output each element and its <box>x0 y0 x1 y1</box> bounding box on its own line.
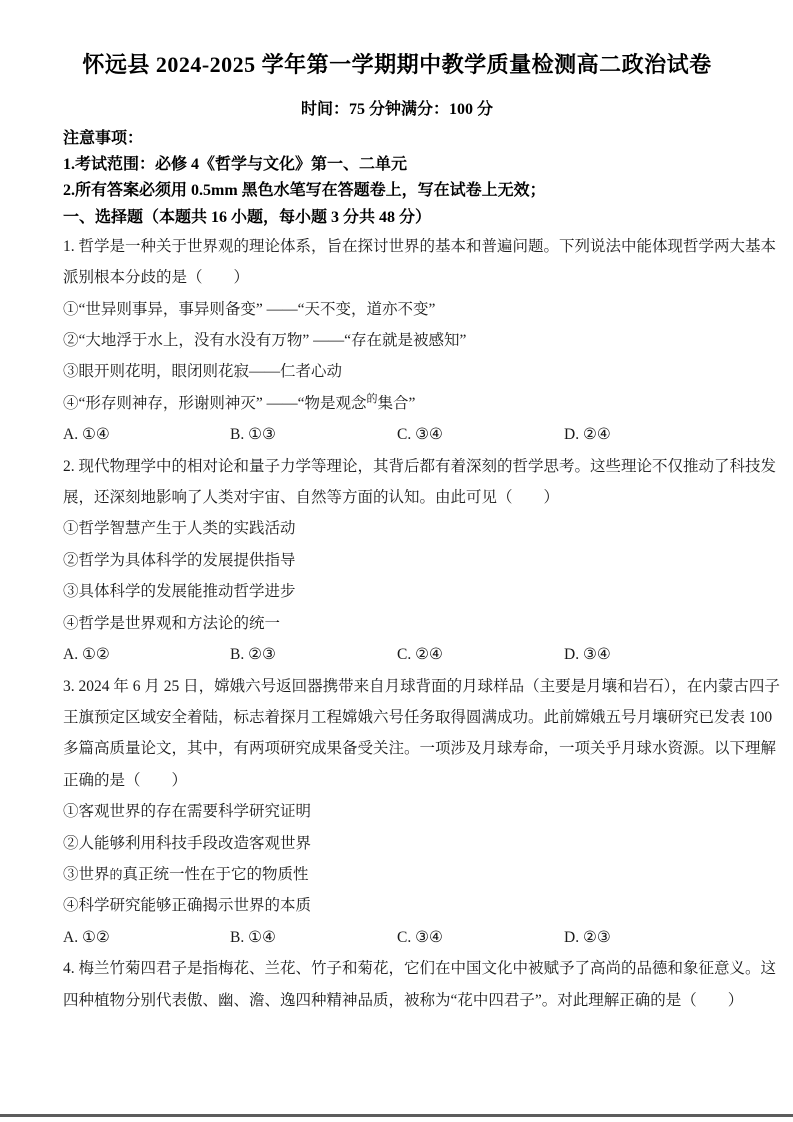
exam-paper-page: 怀远县 2024-2025 学年第一学期期中教学质量检测高二政治试卷 时间：75… <box>0 0 793 1122</box>
q2-option-c: C. ②④ <box>397 639 564 670</box>
q1-item-4-pre: ④“形存则神存，形谢则神灭” ——“物是观念 <box>63 395 367 412</box>
question-4: 4. 梅兰竹菊四君子是指梅花、兰花、竹子和菊花，它们在中国文化中被赋予了高尚的品… <box>63 953 731 1016</box>
q1-item-4: ④“形存则神存，形谢则神灭” ——“物是观念的集合” <box>63 388 731 419</box>
q2-option-d: D. ③④ <box>564 639 731 670</box>
q1-item-4-superscript: 的 <box>367 393 378 405</box>
q3-option-a: A. ①② <box>63 922 230 953</box>
q1-item-3: ③眼开则花明，眼闭则花寂——仁者心动 <box>63 356 731 387</box>
section-heading: 一、选择题（本题共 16 小题，每小题 3 分共 48 分） <box>63 205 731 231</box>
q3-option-b: B. ①④ <box>230 922 397 953</box>
q1-option-a: A. ①④ <box>63 419 230 450</box>
question-2: 2. 现代物理学中的相对论和量子力学等理论，其背后都有着深刻的哲学思考。这些理论… <box>63 451 731 671</box>
q3-item-3-small-char: 的 <box>110 867 123 882</box>
q2-option-a: A. ①② <box>63 639 230 670</box>
exam-content: 怀远县 2024-2025 学年第一学期期中教学质量检测高二政治试卷 时间：75… <box>63 0 731 1016</box>
q3-stem-line-4: 正确的是（ ） <box>63 765 731 796</box>
q1-item-4-post: 集合” <box>378 395 416 412</box>
q1-stem-line-2: 派别根本分歧的是（ ） <box>63 262 731 293</box>
q1-item-1: ①“世异则事异，事异则备变” ——“天不变，道亦不变” <box>63 294 731 325</box>
q1-item-2: ②“大地浮于水上，没有水没有万物” ——“存在就是被感知” <box>63 325 731 356</box>
question-3: 3. 2024 年 6 月 25 日，嫦娥六号返回器携带来自月球背面的月球样品（… <box>63 671 731 954</box>
q3-stem-line-1: 3. 2024 年 6 月 25 日，嫦娥六号返回器携带来自月球背面的月球样品（… <box>63 671 731 702</box>
q2-item-1: ①哲学智慧产生于人类的实践活动 <box>63 513 731 544</box>
q3-item-3: ③世界的真正统一性在于它的物质性 <box>63 859 731 890</box>
page-title: 怀远县 2024-2025 学年第一学期期中教学质量检测高二政治试卷 <box>63 50 731 80</box>
notes-block: 注意事项： 1.考试范围：必修 4《哲学与文化》第一、二单元 2.所有答案必须用… <box>63 126 731 231</box>
q2-item-2: ②哲学为具体科学的发展提供指导 <box>63 545 731 576</box>
q3-item-1: ①客观世界的存在需要科学研究证明 <box>63 796 731 827</box>
q3-option-d: D. ②③ <box>564 922 731 953</box>
q4-stem-line-1: 4. 梅兰竹菊四君子是指梅花、兰花、竹子和菊花，它们在中国文化中被赋予了高尚的品… <box>63 953 731 984</box>
q1-option-b: B. ①③ <box>230 419 397 450</box>
q1-option-d: D. ②④ <box>564 419 731 450</box>
q2-option-b: B. ②③ <box>230 639 397 670</box>
q2-item-4: ④哲学是世界观和方法论的统一 <box>63 608 731 639</box>
q3-item-2: ②人能够利用科技手段改造客观世界 <box>63 828 731 859</box>
q4-stem-line-2: 四种植物分别代表傲、幽、澹、逸四种精神品质，被称为“花中四君子”。对此理解正确的… <box>63 985 731 1016</box>
q2-item-3: ③具体科学的发展能推动哲学进步 <box>63 576 731 607</box>
q2-options-row: A. ①② B. ②③ C. ②④ D. ③④ <box>63 639 731 670</box>
q2-stem-line-1: 2. 现代物理学中的相对论和量子力学等理论，其背后都有着深刻的哲学思考。这些理论… <box>63 451 731 482</box>
page-bottom-border <box>0 1114 793 1117</box>
note-item-1: 1.考试范围：必修 4《哲学与文化》第一、二单元 <box>63 152 731 178</box>
q3-stem-line-3: 多篇高质量论文，其中，有两项研究成果备受关注。一项涉及月球寿命，一项关乎月球水资… <box>63 733 731 764</box>
q1-option-c: C. ③④ <box>397 419 564 450</box>
question-1: 1. 哲学是一种关于世界观的理论体系，旨在探讨世界的基本和普遍问题。下列说法中能… <box>63 231 731 451</box>
note-item-2: 2.所有答案必须用 0.5mm 黑色水笔写在答题卷上，写在试卷上无效； <box>63 178 731 204</box>
q2-stem-line-2: 展，还深刻地影响了人类对宇宙、自然等方面的认知。由此可见（ ） <box>63 482 731 513</box>
q1-stem-line-1: 1. 哲学是一种关于世界观的理论体系，旨在探讨世界的基本和普遍问题。下列说法中能… <box>63 231 731 262</box>
q3-stem-line-2: 王旗预定区域安全着陆，标志着探月工程嫦娥六号任务取得圆满成功。此前嫦娥五号月壤研… <box>63 702 731 733</box>
q3-item-3-pre: ③世界 <box>63 866 110 883</box>
q3-options-row: A. ①② B. ①④ C. ③④ D. ②③ <box>63 922 731 953</box>
q1-options-row: A. ①④ B. ①③ C. ③④ D. ②④ <box>63 419 731 450</box>
time-score-line: 时间：75 分钟满分：100 分 <box>63 98 731 122</box>
q3-option-c: C. ③④ <box>397 922 564 953</box>
notes-heading: 注意事项： <box>63 126 731 152</box>
q3-item-3-post: 真正统一性在于它的物质性 <box>123 866 309 883</box>
q3-item-4: ④科学研究能够正确揭示世界的本质 <box>63 890 731 921</box>
